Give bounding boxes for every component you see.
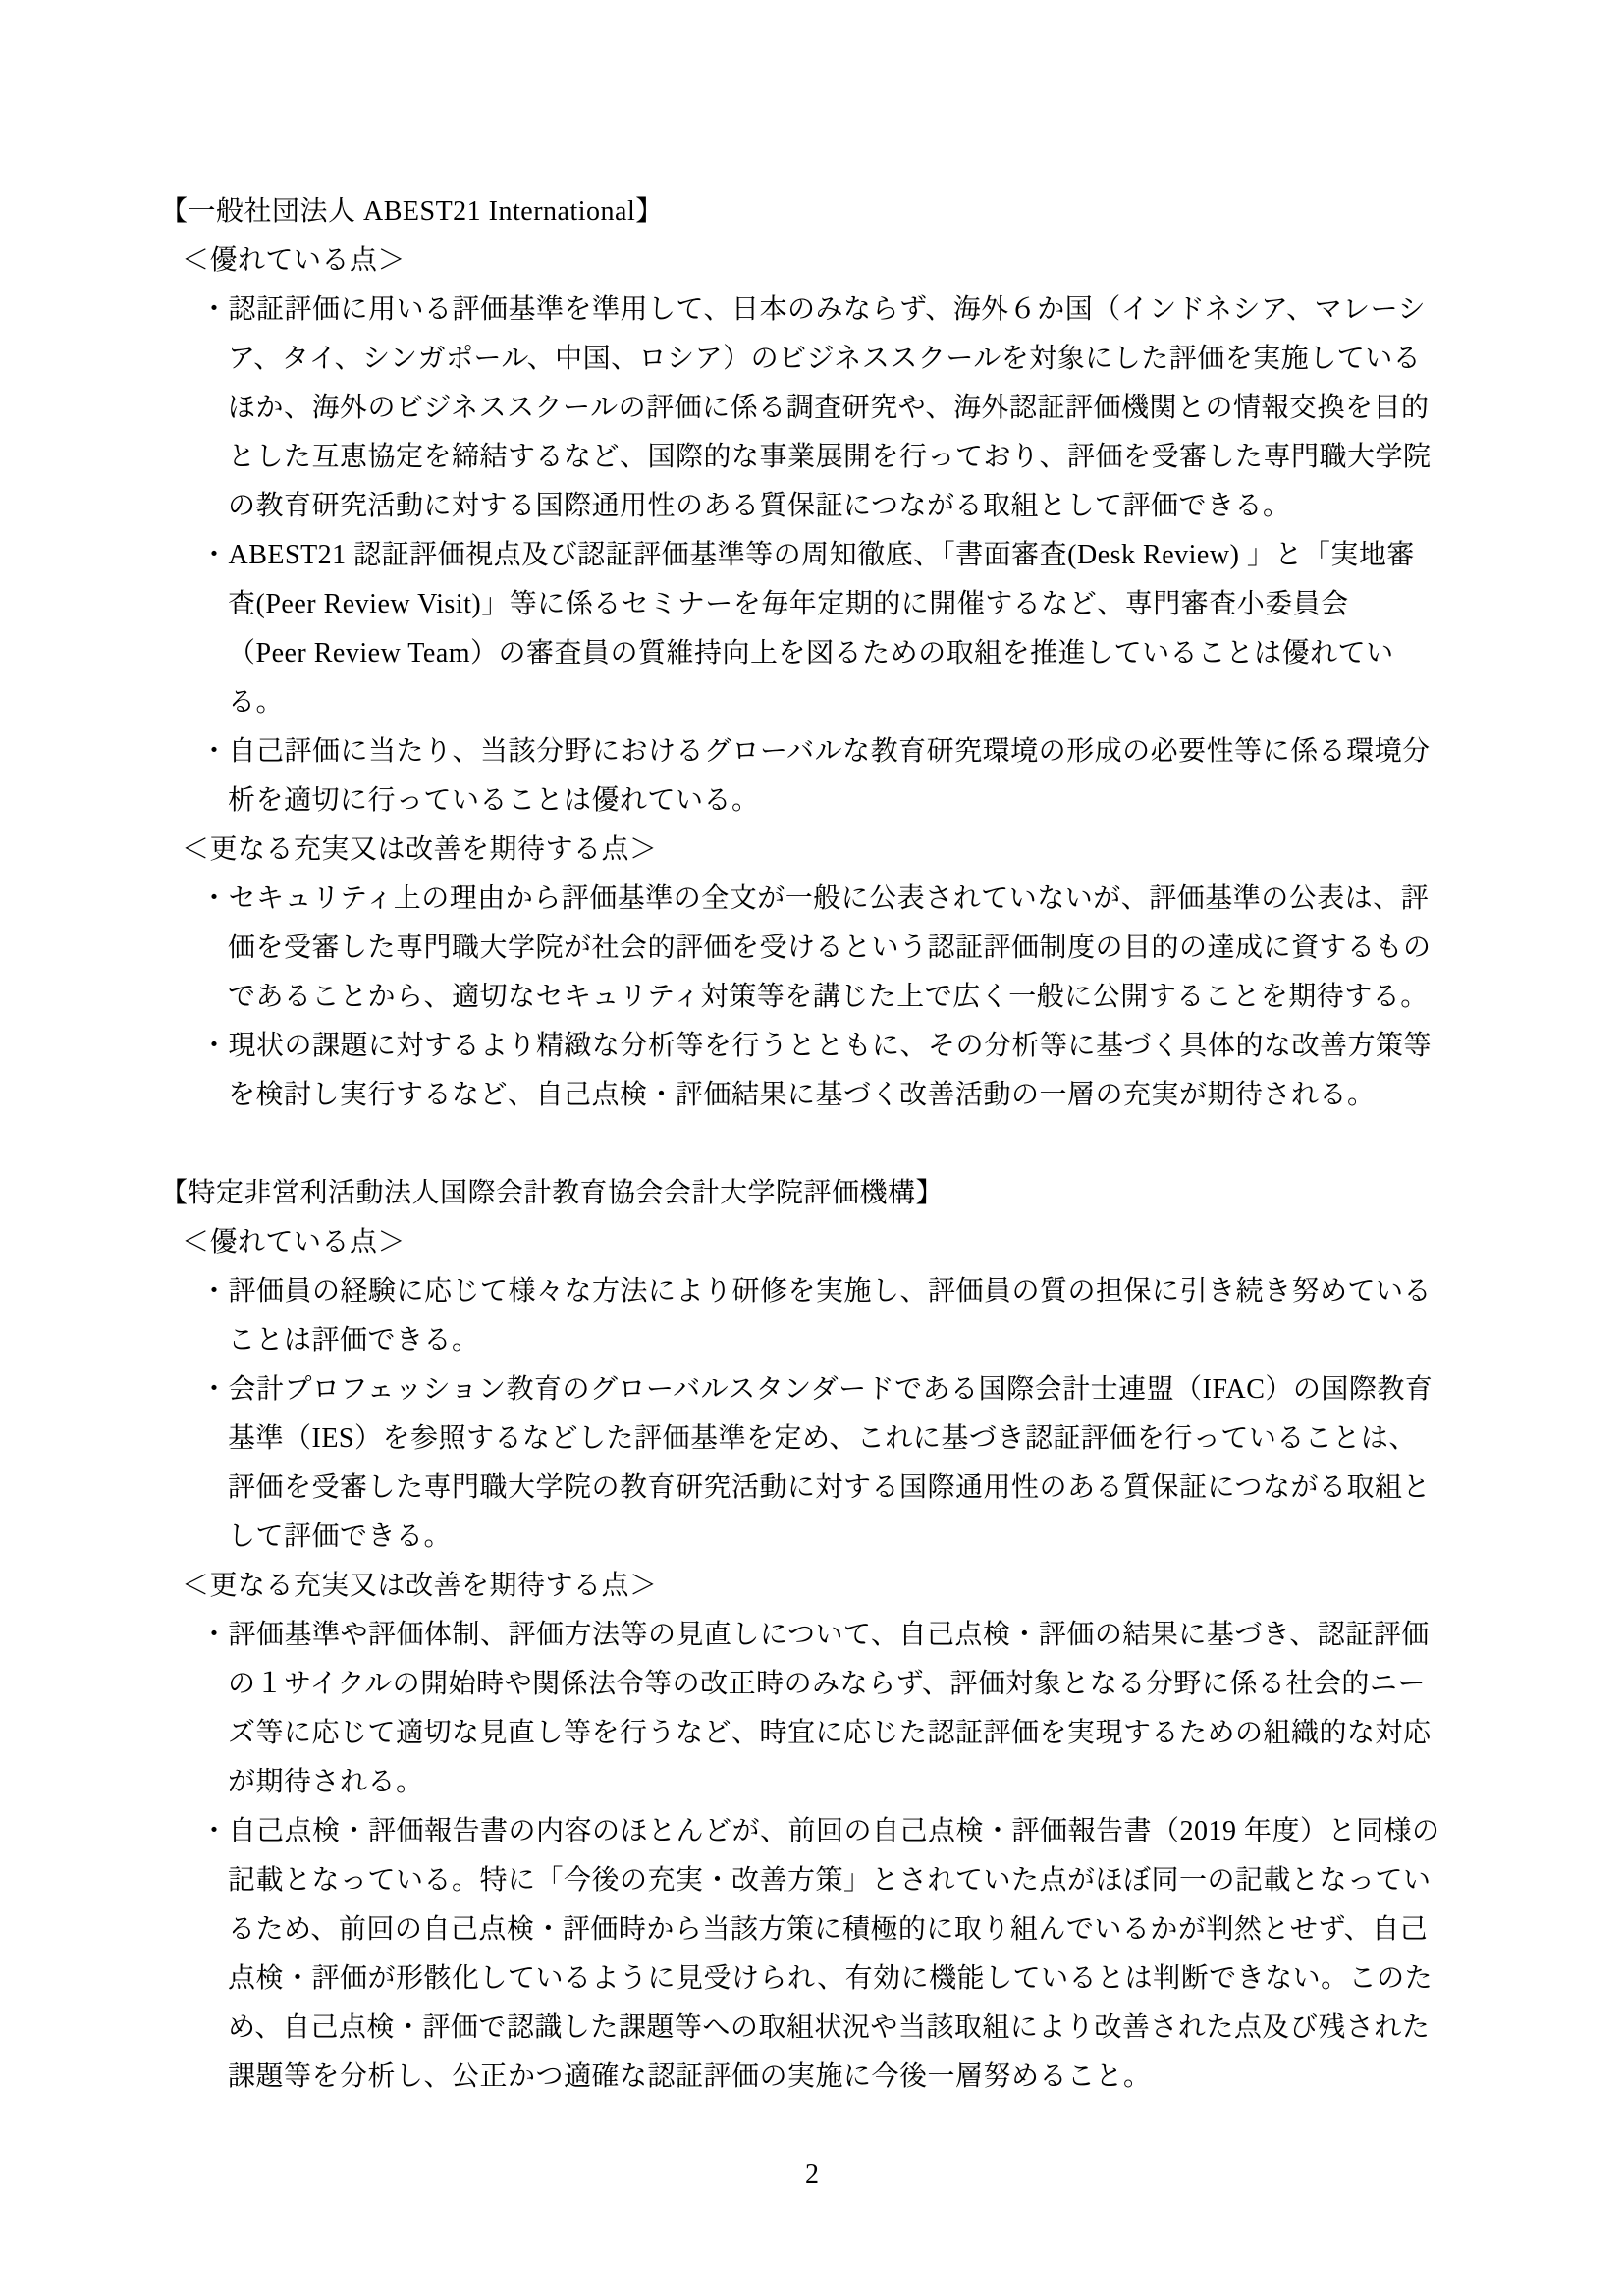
bullet-continuation-line: るため、前回の自己点検・評価時から当該方策に積極的に取り組んでいるかが判然とせず… <box>0 1905 1624 1954</box>
blank-line <box>0 1120 1624 1169</box>
page-number: 2 <box>0 2151 1624 2200</box>
subheading-improvements: ＜更なる充実又は改善を期待する点＞ <box>0 1562 1624 1611</box>
bullet-continuation-line: して評価できる。 <box>0 1513 1624 1562</box>
bullet-line: ・ABEST21 認証評価視点及び認証評価基準等の周知徹底、「書面審査(Desk… <box>0 531 1624 580</box>
bullet-continuation-line: 点検・評価が形骸化しているように見受けられ、有効に機能しているとは判断できない。… <box>0 1954 1624 2003</box>
bullet-line: ・評価員の経験に応じて様々な方法により研修を実施し、評価員の質の担保に引き続き努… <box>0 1267 1624 1316</box>
bullet-continuation-line: 価を受審した専門職大学院が社会的評価を受けるという認証評価制度の目的の達成に資す… <box>0 924 1624 973</box>
document-page: 【一般社団法人 ABEST21 International】 ＜優れている点＞ … <box>0 0 1624 2296</box>
bullet-continuation-line: の教育研究活動に対する国際通用性のある質保証につながる取組として評価できる。 <box>0 482 1624 531</box>
bullet-line: ・自己点検・評価報告書の内容のほとんどが、前回の自己点検・評価報告書（2019 … <box>0 1807 1624 1856</box>
bullet-line: ・評価基準や評価体制、評価方法等の見直しについて、自己点検・評価の結果に基づき、… <box>0 1611 1624 1660</box>
bullet-continuation-line: め、自己点検・評価で認識した課題等への取組状況や当該取組により改善された点及び残… <box>0 2003 1624 2053</box>
bullet-continuation-line: る。 <box>0 678 1624 727</box>
bullet-continuation-line: ズ等に応じて適切な見直し等を行うなど、時宜に応じた認証評価を実現するための組織的… <box>0 1709 1624 1758</box>
bullet-continuation-line: （Peer Review Team）の審査員の質維持向上を図るための取組を推進し… <box>0 629 1624 678</box>
bullet-continuation-line: とした互恵協定を締結するなど、国際的な事業展開を行っており、評価を受審した専門職… <box>0 433 1624 482</box>
bullet-line: ・現状の課題に対するより精緻な分析等を行うとともに、その分析等に基づく具体的な改… <box>0 1022 1624 1071</box>
bullet-continuation-line: 査(Peer Review Visit)」等に係るセミナーを毎年定期的に開催する… <box>0 580 1624 629</box>
bullet-continuation-line: が期待される。 <box>0 1758 1624 1807</box>
bullet-line: ・会計プロフェッション教育のグローバルスタンダードである国際会計士連盟（IFAC… <box>0 1365 1624 1415</box>
subheading-strengths: ＜優れている点＞ <box>0 1218 1624 1267</box>
bullet-continuation-line: ほか、海外のビジネススクールの評価に係る調査研究や、海外認証評価機関との情報交換… <box>0 384 1624 433</box>
org-heading: 【特定非営利活動法人国際会計教育協会会計大学院評価機構】 <box>0 1169 1624 1218</box>
org-heading: 【一般社団法人 ABEST21 International】 <box>0 187 1624 237</box>
bullet-continuation-line: であることから、適切なセキュリティ対策等を講じた上で広く一般に公開することを期待… <box>0 973 1624 1022</box>
document-body: 【一般社団法人 ABEST21 International】 ＜優れている点＞ … <box>0 187 1624 2102</box>
bullet-continuation-line: ことは評価できる。 <box>0 1316 1624 1365</box>
subheading-strengths: ＜優れている点＞ <box>0 237 1624 286</box>
bullet-line: ・セキュリティ上の理由から評価基準の全文が一般に公表されていないが、評価基準の公… <box>0 875 1624 924</box>
bullet-continuation-line: 基準（IES）を参照するなどした評価基準を定め、これに基づき認証評価を行っている… <box>0 1415 1624 1464</box>
bullet-continuation-line: 課題等を分析し、公正かつ適確な認証評価の実施に今後一層努めること。 <box>0 2053 1624 2102</box>
bullet-continuation-line: 析を適切に行っていることは優れている。 <box>0 776 1624 826</box>
bullet-continuation-line: 記載となっている。特に「今後の充実・改善方策」とされていた点がほぼ同一の記載とな… <box>0 1856 1624 1905</box>
subheading-improvements: ＜更なる充実又は改善を期待する点＞ <box>0 826 1624 875</box>
bullet-continuation-line: 評価を受審した専門職大学院の教育研究活動に対する国際通用性のある質保証につながる… <box>0 1464 1624 1513</box>
bullet-continuation-line: の１サイクルの開始時や関係法令等の改正時のみならず、評価対象となる分野に係る社会… <box>0 1660 1624 1709</box>
bullet-continuation-line: ア、タイ、シンガポール、中国、ロシア）のビジネススクールを対象にした評価を実施し… <box>0 335 1624 384</box>
bullet-continuation-line: を検討し実行するなど、自己点検・評価結果に基づく改善活動の一層の充実が期待される… <box>0 1071 1624 1120</box>
bullet-line: ・認証評価に用いる評価基準を準用して、日本のみならず、海外６か国（インドネシア、… <box>0 286 1624 335</box>
bullet-line: ・自己評価に当たり、当該分野におけるグローバルな教育研究環境の形成の必要性等に係… <box>0 727 1624 776</box>
